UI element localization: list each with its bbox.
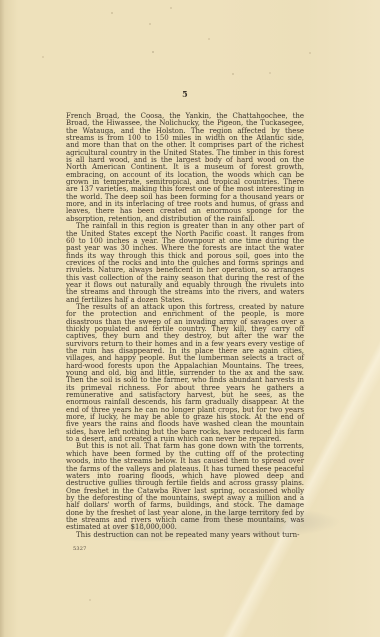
plate-number: 5327 xyxy=(73,546,87,552)
paragraph: But this is not all. That farm has gone … xyxy=(66,443,304,531)
paragraph: The results of an attack upon this fortr… xyxy=(66,304,304,444)
paragraph: The rainfall in this region is greater t… xyxy=(66,223,304,304)
page-number: 5 xyxy=(66,89,304,99)
paragraph: This destruction can not be repeated man… xyxy=(66,532,304,539)
paragraph: French Broad, the Coosa, the Yankin, the… xyxy=(66,113,304,223)
scanned-page: 5 French Broad, the Coosa, the Yankin, t… xyxy=(0,0,380,637)
page-text: French Broad, the Coosa, the Yankin, the… xyxy=(66,113,304,539)
